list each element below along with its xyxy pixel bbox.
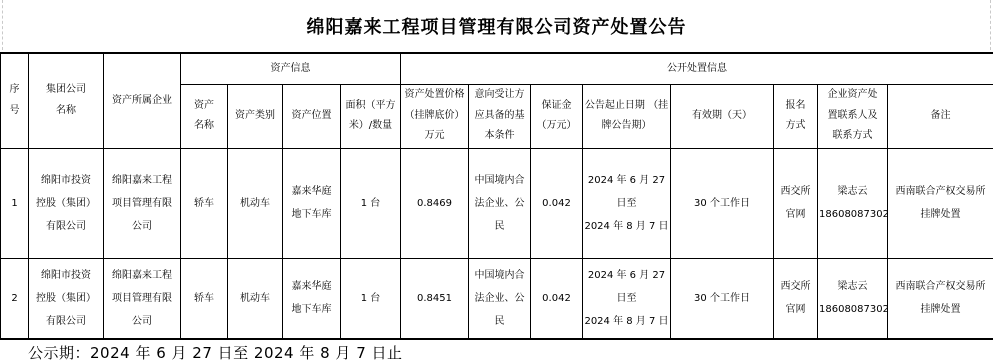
cell-asset-owner: 绵阳嘉来工程 项目管理有限 公司 [104,258,181,339]
header-announcement-period: 公告起止日期 （挂 牌公告期） [583,84,671,148]
cell-remarks: 西南联合产权交易所 挂牌处置 [888,148,993,258]
cell-validity-days: 30 个工作日 [671,258,774,339]
header-asset-owner: 资产所属企业 [104,53,181,148]
cell-validity-days: 30 个工作日 [671,148,774,258]
cell-disposal-price: 0.8469 [401,148,469,258]
cell-index: 2 [1,258,29,339]
header-contact: 企业资产处 置联系人及 联系方式 [818,84,888,148]
page-title: 绵阳嘉来工程项目管理有限公司资产处置公告 [307,13,687,39]
cell-registration-method: 西交所 官网 [774,258,818,339]
asset-disposal-table: 序 号 集团公司 名称 资产所属企业 资产信息 公开处置信息 资产 名称 资产类… [0,52,993,340]
cell-contact: 梁志云 18608087302 [818,258,888,339]
header-asset-name: 资产 名称 [181,84,228,148]
header-registration-method: 报名 方式 [774,84,818,148]
header-asset-location: 资产位置 [283,84,341,148]
table-row: 2 绵阳市投资 控股（集团） 有限公司 绵阳嘉来工程 项目管理有限 公司 轿车 … [1,258,993,339]
cell-asset-owner: 绵阳嘉来工程 项目管理有限 公司 [104,148,181,258]
cell-group-company: 绵阳市投资 控股（集团） 有限公司 [29,258,104,339]
cell-asset-category: 机动车 [228,258,283,339]
cell-transferee-conditions: 中国境内合 法企业、公民 [469,148,531,258]
cell-area-quantity: 1 台 [341,148,401,258]
header-disposal-price: 资产处置价格 （挂牌底价） 万元 [401,84,469,148]
header-asset-category: 资产类别 [228,84,283,148]
cell-registration-method: 西交所 官网 [774,148,818,258]
cell-announcement-period: 2024 年 6 月 27 日至 2024 年 8 月 7 日 [583,148,671,258]
cell-group-company: 绵阳市投资 控股（集团） 有限公司 [29,148,104,258]
cell-index: 1 [1,148,29,258]
cell-asset-name: 轿车 [181,258,228,339]
header-group-asset-info: 资产信息 [181,53,401,84]
header-deposit: 保证金 （万元） [531,84,583,148]
cell-disposal-price: 0.8451 [401,258,469,339]
title-bar: 绵阳嘉来工程项目管理有限公司资产处置公告 [0,0,993,52]
header-transferee-conditions: 意向受让方 应具备的基 本条件 [469,84,531,148]
cell-asset-category: 机动车 [228,148,283,258]
header-group-company: 集团公司 名称 [29,53,104,148]
cell-remarks: 西南联合产权交易所 挂牌处置 [888,258,993,339]
cell-deposit: 0.042 [531,258,583,339]
cell-transferee-conditions: 中国境内合 法企业、公民 [469,258,531,339]
table-row: 1 绵阳市投资 控股（集团） 有限公司 绵阳嘉来工程 项目管理有限 公司 轿车 … [1,148,993,258]
cell-announcement-period: 2024 年 6 月 27 日至 2024 年 8 月 7 日 [583,258,671,339]
header-group-public-disposal: 公开处置信息 [401,53,993,84]
header-index: 序 号 [1,53,29,148]
cell-deposit: 0.042 [531,148,583,258]
cell-contact: 梁志云 18608087302 [818,148,888,258]
cell-asset-location: 嘉来华庭 地下车库 [283,258,341,339]
header-remarks: 备注 [888,84,993,148]
header-area-quantity: 面积（平方 米）/数量 [341,84,401,148]
cell-asset-location: 嘉来华庭 地下车库 [283,148,341,258]
cell-asset-name: 轿车 [181,148,228,258]
cell-area-quantity: 1 台 [341,258,401,339]
page-edge-line-left [2,0,3,50]
page-edge-line-right [990,0,991,50]
header-validity-days: 有效期（天） [671,84,774,148]
publicity-period-text: 公示期：2024 年 6 月 27 日至 2024 年 8 月 7 日止 [0,340,993,363]
header-group-row: 序 号 集团公司 名称 资产所属企业 资产信息 公开处置信息 [1,53,993,84]
announcement-page: 绵阳嘉来工程项目管理有限公司资产处置公告 序 号 集团公司 名称 资产所属企业 … [0,0,993,363]
